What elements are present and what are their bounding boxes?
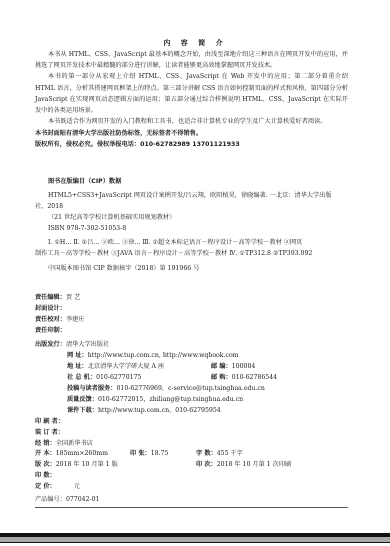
cip-class-line-1: Ⅰ. ①H… Ⅱ. ①吕… ②欧… ③徐… Ⅲ. ①超文本标记语言－程序设计－高… [48, 239, 302, 247]
anti-counterfeit-notice: 本书封面贴有清华大学出版社防伪标签，无标签者不得销售。 [35, 130, 202, 138]
format-label: 开 本： [35, 450, 56, 457]
bottom-bar-line [0, 542, 390, 543]
publisher-name: 清华大学出版社 [66, 341, 109, 348]
impression-label: 印 次： [196, 461, 217, 468]
summary-body: 本书从 HTML、CSS、JavaScript 最基本的概念开始，由浅至深地介绍… [35, 49, 348, 127]
courseware-download-label: 课件下载： [67, 407, 98, 414]
summary-paragraph-1: 本书从 HTML、CSS、JavaScript 最基本的概念开始，由浅至深地介绍… [35, 49, 348, 71]
cover-design-label: 封面设计： [35, 305, 66, 312]
website-label: 网 址： [67, 352, 88, 359]
printer-label: 印 刷 者： [35, 418, 64, 425]
word-count-value: 455 千字 [217, 450, 243, 457]
cip-entry-line-1: HTML5+CSS3+JavaScript 网页设计案例开发/吕云翔，欧阳植昊，… [48, 192, 332, 200]
sheets-value: 18.75 [151, 450, 169, 457]
sheets-label: 印 张： [130, 450, 151, 457]
quality-feedback-value: 010-62772015，zhiliang@tup.tsinghua.edu.c… [98, 396, 243, 403]
postcode-label: 邮 编： [211, 363, 232, 370]
address-label: 地 址： [67, 363, 88, 370]
switchboard-value: 010-62770175 [96, 374, 141, 381]
summary-paragraph-2: 本书的第一部分从宏观上介绍 HTML、CSS、JavaScript 在 Web … [35, 71, 348, 116]
reader-service-label: 投稿与读者服务： [67, 385, 117, 392]
switchboard-label: 社 总 机： [67, 374, 96, 381]
proofreader-value: 李建庄 [66, 316, 85, 323]
product-number-label: 产品编号： [35, 496, 66, 503]
cip-series: （21 世纪高等学校计算机基础实用规划教材） [48, 214, 175, 222]
proofreader-label: 责任校对： [35, 316, 66, 323]
quality-feedback-label: 质量反馈： [67, 396, 98, 403]
publisher-label: 出版发行： [35, 341, 66, 348]
cip-class-line-2: 制作工具－高等学校－教材 ③JAVA 语言－程序设计－高等学校－教材 Ⅳ. ①T… [35, 250, 312, 258]
mail-order-label: 邮 购： [211, 374, 232, 381]
cip-isbn: ISBN 978-7-302-51053-8 [48, 225, 126, 233]
format-value: 185mm×260mm [56, 450, 108, 457]
summary-title: 内 容 简 介 [0, 38, 390, 48]
distributor-label: 经 销： [35, 440, 56, 447]
print-supervisor-label: 责任印制： [35, 327, 66, 334]
edition-value: 2018 年 10 月第 1 版 [56, 461, 118, 468]
cip-entry-line-2: 社，2018 [35, 203, 63, 211]
cip-heading: 图书在版编目（CIP）数据 [48, 178, 121, 186]
binder-label: 装 订 者： [35, 429, 64, 436]
website-value: http://www.tup.com.cn, http://www.wqbook… [88, 352, 239, 359]
mail-order-value: 010-62786544 [232, 374, 277, 381]
price-label: 定 价： [35, 483, 56, 490]
copies-label: 印 数： [35, 472, 56, 479]
footer-divider [35, 507, 348, 508]
cip-number: 中国版本图书馆 CIP 数据核字（2018）第 191966 号 [48, 265, 199, 273]
address-value: 北京清华大学学研大厦 A 座 [88, 363, 164, 370]
distributor-value: 全国新华书店 [56, 440, 93, 447]
editor-value: 贾 艺 [66, 294, 80, 301]
courseware-download-value: http://www.tup.com.cn，010-62795954 [98, 407, 221, 414]
product-number-value: 077042-01 [66, 496, 100, 503]
editor-label: 责任编辑： [35, 294, 66, 301]
copyright-notice: 版权所有，侵权必究。侵权举报电话：010-62782989 1370112193… [35, 141, 240, 149]
edition-label: 版 次： [35, 461, 56, 468]
impression-value: 2018 年 10 月第 1 次印刷 [217, 461, 292, 468]
word-count-label: 字 数： [196, 450, 217, 457]
price-value: 元 [74, 483, 80, 490]
reader-service-value: 010-62776969，c-service@tup.tsinghua.edu.… [117, 385, 265, 392]
postcode-value: 100084 [232, 363, 256, 370]
summary-paragraph-3: 本书既适合作为网页开发的入门教程和工具书，也适合非计算机专业的学生及广大计算机爱… [35, 116, 348, 127]
